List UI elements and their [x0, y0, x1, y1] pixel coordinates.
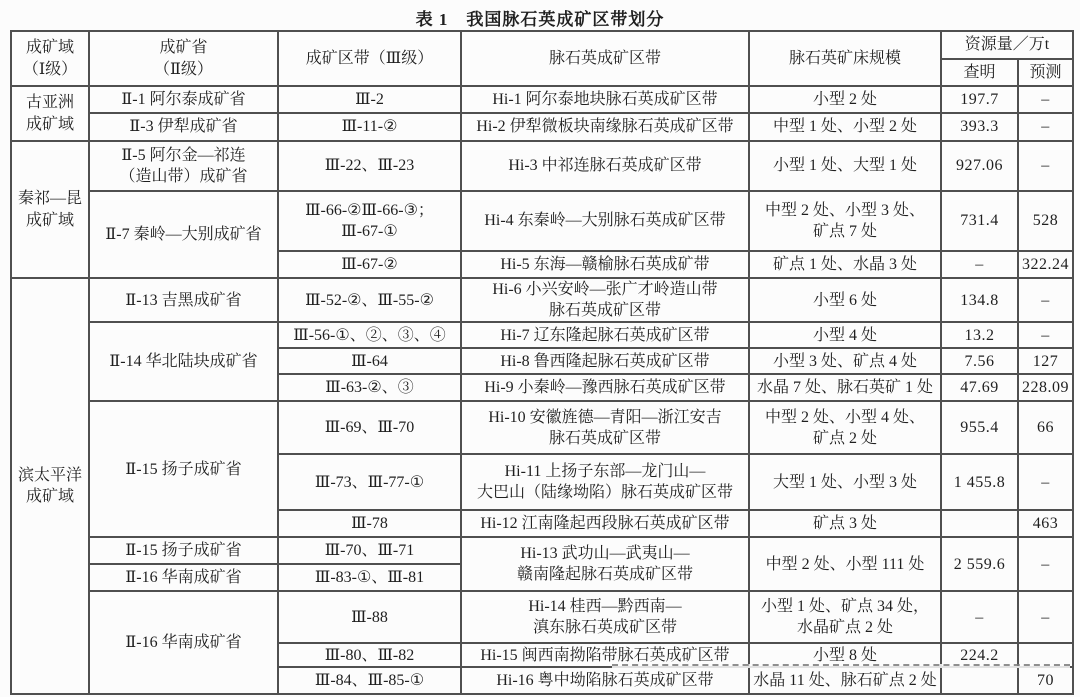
cell-zone: Ⅲ-11-② [278, 113, 461, 141]
cell-identified: 197.7 [941, 86, 1018, 113]
cell-province: Ⅱ-13 吉黑成矿省 [89, 278, 278, 322]
cell-identified: 1 455.8 [941, 454, 1018, 510]
cell-predicted: 70 [1018, 667, 1073, 694]
col-header-scale: 脉石英矿床规模 [749, 31, 941, 86]
cell-belt: Hi-8 鲁西隆起脉石英成矿区带 [461, 348, 749, 374]
cell-scale: 小型 1 处、大型 1 处 [749, 141, 941, 191]
cell-identified: – [941, 251, 1018, 278]
cell-domain: 秦祁—昆 成矿域 [11, 141, 89, 278]
cell-identified: 13.2 [941, 322, 1018, 348]
cell-scale: 小型 3 处、矿点 4 处 [749, 348, 941, 374]
cell-zone: Ⅲ-22、Ⅲ-23 [278, 141, 461, 191]
cell-zone: Ⅲ-88 [278, 591, 461, 643]
cell-identified: 7.56 [941, 348, 1018, 374]
cell-zone: Ⅲ-69、Ⅲ-70 [278, 401, 461, 454]
table-row: Ⅱ-14 华北陆块成矿省 Ⅲ-56-①、②、③、④ Hi-7 辽东隆起脉石英成矿… [11, 322, 1073, 348]
cell-zone: Ⅲ-52-②、Ⅲ-55-② [278, 278, 461, 322]
cell-predicted: – [1018, 141, 1073, 191]
cell-zone: Ⅲ-73、Ⅲ-77-① [278, 454, 461, 510]
cell-province: Ⅱ-7 秦岭—大别成矿省 [89, 191, 278, 278]
table-row: Ⅱ-15 扬子成矿省 Ⅲ-70、Ⅲ-71 Hi-13 武功山—武夷山— 赣南隆起… [11, 537, 1073, 564]
cell-predicted: 66 [1018, 401, 1073, 454]
cell-scale: 小型 1 处、矿点 34 处， 水晶矿点 2 处 [749, 591, 941, 643]
cell-identified: 134.8 [941, 278, 1018, 322]
cell-zone: Ⅲ-56-①、②、③、④ [278, 322, 461, 348]
cell-belt: Hi-4 东秦岭—大别脉石英成矿区带 [461, 191, 749, 251]
cell-belt: Hi-3 中祁连脉石英成矿区带 [461, 141, 749, 191]
cell-belt: Hi-12 江南隆起西段脉石英成矿区带 [461, 510, 749, 537]
cell-zone: Ⅲ-63-②、③ [278, 374, 461, 401]
cell-belt: Hi-13 武功山—武夷山— 赣南隆起脉石英成矿区带 [461, 537, 749, 591]
cell-province: Ⅱ-5 阿尔金—祁连 （造山带）成矿省 [89, 141, 278, 191]
cell-zone: Ⅲ-66-②Ⅲ-66-③； Ⅲ-67-① [278, 191, 461, 251]
cell-province: Ⅱ-16 华南成矿省 [89, 564, 278, 591]
cell-belt: Hi-11 上扬子东部—龙门山— 大巴山（陆缘坳陷）脉石英成矿区带 [461, 454, 749, 510]
col-header-resource: 资源量／万t [941, 31, 1073, 59]
cell-zone: Ⅲ-67-② [278, 251, 461, 278]
cell-predicted: 528 [1018, 191, 1073, 251]
table-title: 表 1 我国脉石英成矿区带划分 [0, 5, 1080, 30]
col-header-belt: 脉石英成矿区带 [461, 31, 749, 86]
cell-scale: 中型 2 处、小型 3 处、 矿点 7 处 [749, 191, 941, 251]
cell-belt: Hi-9 小秦岭—豫西脉石英成矿区带 [461, 374, 749, 401]
cell-belt: Hi-7 辽东隆起脉石英成矿区带 [461, 322, 749, 348]
cell-belt: Hi-1 阿尔泰地块脉石英成矿区带 [461, 86, 749, 113]
cell-zone: Ⅲ-2 [278, 86, 461, 113]
cell-predicted: – [1018, 537, 1073, 591]
cell-scale: 矿点 1 处、水晶 3 处 [749, 251, 941, 278]
cell-belt: Hi-14 桂西—黔西南— 滇东脉石英成矿区带 [461, 591, 749, 643]
cell-predicted: 463 [1018, 510, 1073, 537]
cell-domain: 古亚洲 成矿域 [11, 86, 89, 141]
cell-predicted: – [1018, 86, 1073, 113]
cell-domain: 滨太平洋 成矿域 [11, 278, 89, 694]
cell-identified: 731.4 [941, 191, 1018, 251]
cell-belt: Hi-10 安徽旌德—青阳—浙江安吉 脉石英成矿区带 [461, 401, 749, 454]
cell-province: Ⅱ-16 华南成矿省 [89, 591, 278, 694]
table-row: Ⅱ-3 伊犁成矿省 Ⅲ-11-② Hi-2 伊犁微板块南缘脉石英成矿区带 中型 … [11, 113, 1073, 141]
cell-province: Ⅱ-1 阿尔泰成矿省 [89, 86, 278, 113]
cell-scale: 中型 2 处、小型 111 处 [749, 537, 941, 591]
cell-scale: 中型 2 处、小型 4 处、 矿点 2 处 [749, 401, 941, 454]
col-header-domain: 成矿域 （Ⅰ级） [11, 31, 89, 86]
table-row: Ⅱ-16 华南成矿省 Ⅲ-88 Hi-14 桂西—黔西南— 滇东脉石英成矿区带 … [11, 591, 1073, 643]
cell-zone: Ⅲ-84、Ⅲ-85-① [278, 667, 461, 694]
cell-predicted: – [1018, 113, 1073, 141]
cell-belt: Hi-5 东海—赣榆脉石英成矿带 [461, 251, 749, 278]
cell-belt: Hi-6 小兴安岭—张广才岭造山带 脉石英成矿区带 [461, 278, 749, 322]
cell-province: Ⅱ-15 扬子成矿省 [89, 537, 278, 564]
cell-belt: Hi-2 伊犁微板块南缘脉石英成矿区带 [461, 113, 749, 141]
cell-identified: 927.06 [941, 141, 1018, 191]
header-row: 成矿域 （Ⅰ级） 成矿省 （Ⅱ级） 成矿区带（Ⅲ级） 脉石英成矿区带 脉石英矿床… [11, 31, 1073, 59]
col-header-zone: 成矿区带（Ⅲ级） [278, 31, 461, 86]
cell-predicted: – [1018, 322, 1073, 348]
cell-scale: 水晶 11 处、脉石矿点 2 处 [749, 667, 941, 694]
cell-identified: 47.69 [941, 374, 1018, 401]
cell-predicted: 228.09 [1018, 374, 1073, 401]
cell-identified: 955.4 [941, 401, 1018, 454]
table-row: 秦祁—昆 成矿域 Ⅱ-5 阿尔金—祁连 （造山带）成矿省 Ⅲ-22、Ⅲ-23 H… [11, 141, 1073, 191]
table-row: 古亚洲 成矿域 Ⅱ-1 阿尔泰成矿省 Ⅲ-2 Hi-1 阿尔泰地块脉石英成矿区带… [11, 86, 1073, 113]
col-header-identified: 查明 [941, 59, 1018, 86]
cell-predicted: 127 [1018, 348, 1073, 374]
cell-province: Ⅱ-14 华北陆块成矿省 [89, 322, 278, 401]
cell-predicted: – [1018, 591, 1073, 643]
col-header-predicted: 预测 [1018, 59, 1073, 86]
cell-predicted: – [1018, 278, 1073, 322]
cell-scale: 小型 4 处 [749, 322, 941, 348]
cell-scale: 小型 2 处 [749, 86, 941, 113]
cell-zone: Ⅲ-64 [278, 348, 461, 374]
cell-scale: 大型 1 处、小型 3 处 [749, 454, 941, 510]
cell-zone: Ⅲ-83-①、Ⅲ-81 [278, 564, 461, 591]
document-page: 表 1 我国脉石英成矿区带划分 成矿域 （Ⅰ级） 成矿省 （Ⅱ级） 成矿区带（Ⅲ… [0, 0, 1080, 697]
table-row: 滨太平洋 成矿域 Ⅱ-13 吉黑成矿省 Ⅲ-52-②、Ⅲ-55-② Hi-6 小… [11, 278, 1073, 322]
cell-belt: Hi-16 粤中坳陷脉石英成矿区带 [461, 667, 749, 694]
cell-zone: Ⅲ-70、Ⅲ-71 [278, 537, 461, 564]
cell-zone: Ⅲ-80、Ⅲ-82 [278, 643, 461, 667]
cell-identified [941, 510, 1018, 537]
cell-identified: 393.3 [941, 113, 1018, 141]
table-row: Ⅱ-7 秦岭—大别成矿省 Ⅲ-66-②Ⅲ-66-③； Ⅲ-67-① Hi-4 东… [11, 191, 1073, 251]
cell-scale: 中型 1 处、小型 2 处 [749, 113, 941, 141]
cell-identified [941, 667, 1018, 694]
quartz-belt-table: 成矿域 （Ⅰ级） 成矿省 （Ⅱ级） 成矿区带（Ⅲ级） 脉石英成矿区带 脉石英矿床… [10, 30, 1074, 695]
cell-province: Ⅱ-15 扬子成矿省 [89, 401, 278, 537]
cell-scale: 水晶 7 处、脉石英矿 1 处 [749, 374, 941, 401]
col-header-province: 成矿省 （Ⅱ级） [89, 31, 278, 86]
cell-scale: 矿点 3 处 [749, 510, 941, 537]
cell-predicted: – [1018, 454, 1073, 510]
cell-province: Ⅱ-3 伊犁成矿省 [89, 113, 278, 141]
cell-predicted: 322.24 [1018, 251, 1073, 278]
cell-identified: – [941, 591, 1018, 643]
cell-identified: 2 559.6 [941, 537, 1018, 591]
cell-scale: 小型 6 处 [749, 278, 941, 322]
table-row: Ⅱ-15 扬子成矿省 Ⅲ-69、Ⅲ-70 Hi-10 安徽旌德—青阳—浙江安吉 … [11, 401, 1073, 454]
watermark-dash-line [612, 664, 1070, 668]
cell-zone: Ⅲ-78 [278, 510, 461, 537]
